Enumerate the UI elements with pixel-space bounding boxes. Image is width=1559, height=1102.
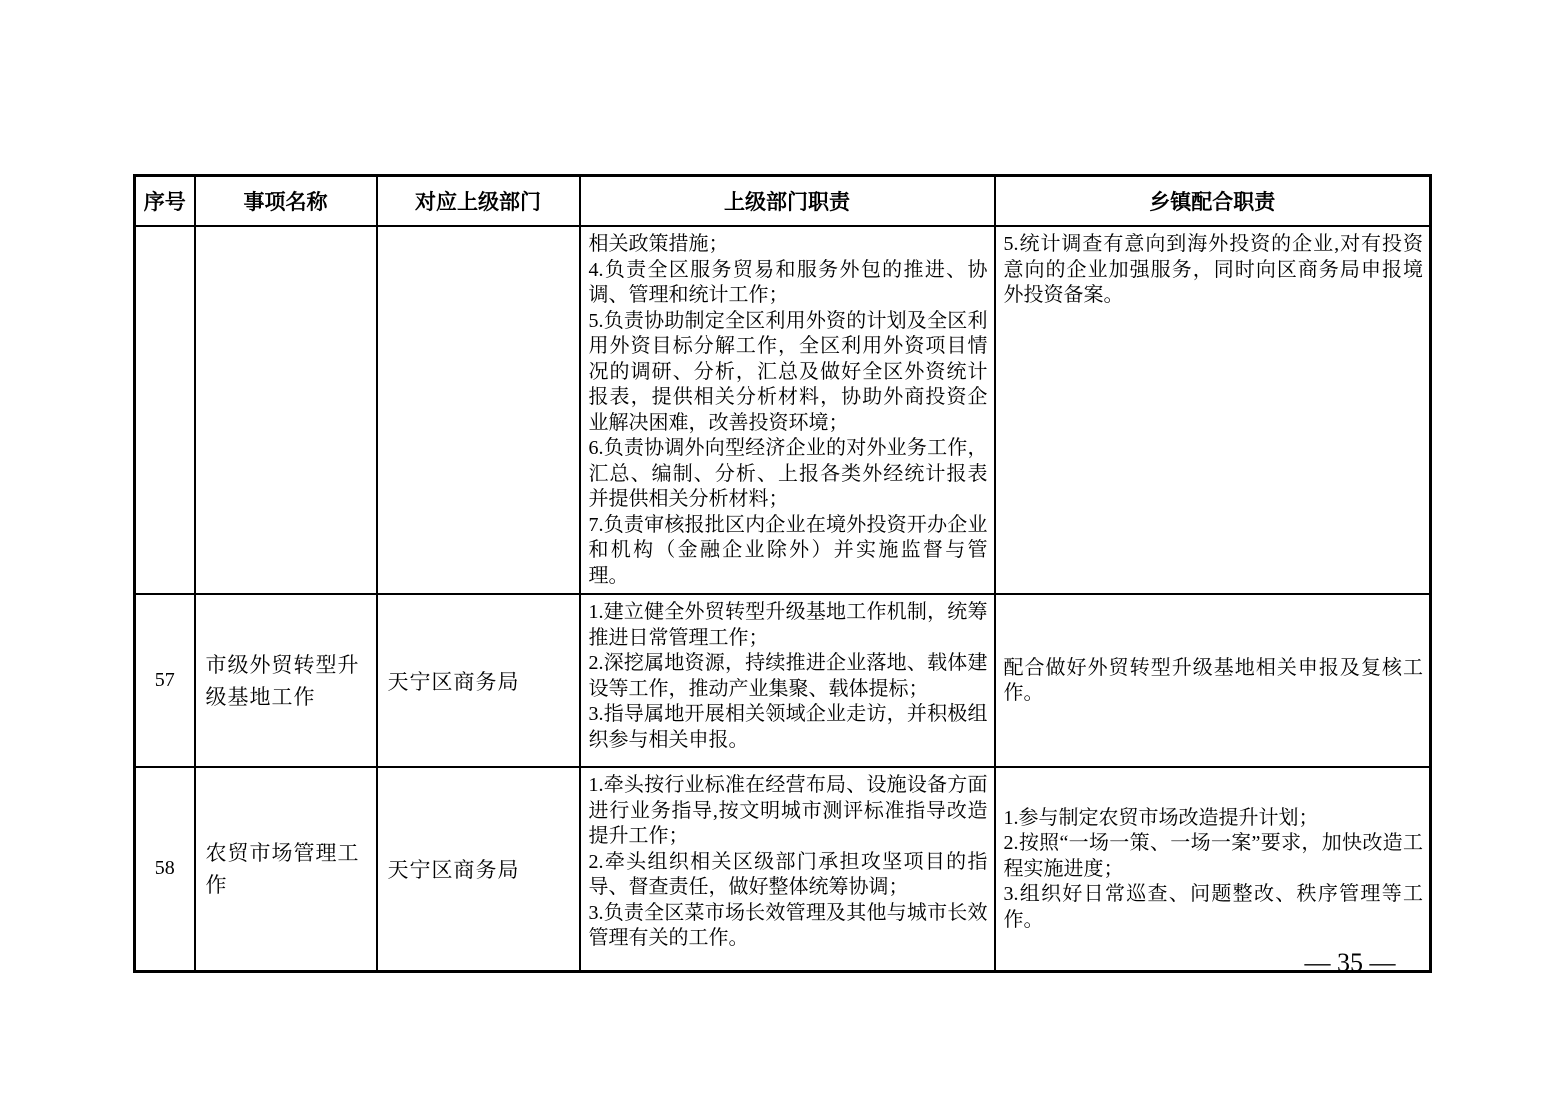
document-page: 序号 事项名称 对应上级部门 上级部门职责 乡镇配合职责 相关政策措施； 4.负… — [0, 0, 1559, 1102]
table-row-58: 58 农贸市场管理工作 天宁区商务局 1.牵头按行业标准在经营布局、设施设备方面… — [135, 767, 1431, 971]
cell-superior-duties: 相关政策措施； 4.负责全区服务贸易和服务外包的推进、协调、管理和统计工作； 5… — [580, 226, 995, 594]
table-row-continuation: 相关政策措施； 4.负责全区服务贸易和服务外包的推进、协调、管理和统计工作； 5… — [135, 226, 1431, 594]
cell-department: 天宁区商务局 — [377, 594, 580, 767]
cell-township-duties: 1.参与制定农贸市场改造提升计划； 2.按照“一场一策、一场一案”要求，加快改造… — [995, 767, 1431, 971]
cell-department — [377, 226, 580, 594]
cell-township-duties: 5.统计调查有意向到海外投资的企业,对有投资意向的企业加强服务，同时向区商务局申… — [995, 226, 1431, 594]
header-department: 对应上级部门 — [377, 176, 580, 227]
table-header-row: 序号 事项名称 对应上级部门 上级部门职责 乡镇配合职责 — [135, 176, 1431, 227]
cell-item-name — [195, 226, 377, 594]
header-seq: 序号 — [135, 176, 195, 227]
cell-seq: 57 — [135, 594, 195, 767]
cell-item-name: 农贸市场管理工作 — [195, 767, 377, 971]
page-number: — 35 — — [1270, 948, 1430, 978]
header-superior-duties: 上级部门职责 — [580, 176, 995, 227]
cell-seq — [135, 226, 195, 594]
cell-seq: 58 — [135, 767, 195, 971]
table-row-57: 57 市级外贸转型升级基地工作 天宁区商务局 1.建立健全外贸转型升级基地工作机… — [135, 594, 1431, 767]
cell-superior-duties: 1.建立健全外贸转型升级基地工作机制，统筹推进日常管理工作； 2.深挖属地资源，… — [580, 594, 995, 767]
header-item-name: 事项名称 — [195, 176, 377, 227]
cell-township-duties: 配合做好外贸转型升级基地相关申报及复核工作。 — [995, 594, 1431, 767]
cell-item-name: 市级外贸转型升级基地工作 — [195, 594, 377, 767]
header-township-duties: 乡镇配合职责 — [995, 176, 1431, 227]
cell-department: 天宁区商务局 — [377, 767, 580, 971]
responsibility-table: 序号 事项名称 对应上级部门 上级部门职责 乡镇配合职责 相关政策措施； 4.负… — [133, 174, 1432, 973]
cell-superior-duties: 1.牵头按行业标准在经营布局、设施设备方面进行业务指导,按文明城市测评标准指导改… — [580, 767, 995, 971]
